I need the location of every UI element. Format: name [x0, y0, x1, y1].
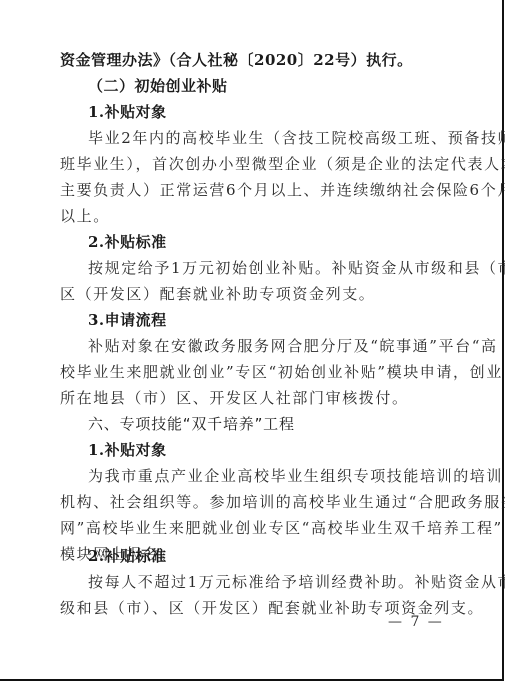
paragraph-line: 补贴对象在安徽政务服务网合肥分厅及“皖事通”平台“高 [88, 336, 442, 356]
subheading-subsidy-standard: 2.补贴标准 [88, 232, 442, 252]
paragraph-line: 区（开发区）配套就业补助专项资金列支。 [60, 284, 442, 304]
paragraph-line: 网”高校毕业生来肥就业创业专区“高校毕业生双千培养工程” [60, 518, 442, 538]
paragraph-line: 所在地县（市）区、开发区人社部门审核拨付。 [60, 388, 442, 408]
paragraph-line: 主要负责人）正常运营6个月以上、并连续缴纳社会保险6个月 [60, 180, 442, 200]
subheading-subsidy-standard: 2.补贴标准 [88, 546, 442, 566]
paragraph-line: 级和县（市）、区（开发区）配套就业补助专项资金列支。 [60, 598, 442, 618]
paragraph-line: 以上。 [60, 206, 442, 226]
document-page: 资金管理办法》（合人社秘〔2020〕22号）执行。 （二）初始创业补贴 1.补贴… [0, 0, 504, 681]
subheading-application-process: 3.申请流程 [88, 310, 442, 330]
subheading-subsidy-target: 1.补贴对象 [88, 102, 442, 122]
text-line-continuation: 资金管理办法》（合人社秘〔2020〕22号）执行。 [60, 50, 442, 70]
paragraph-line: 为我市重点产业企业高校毕业生组织专项技能培训的培训 [88, 466, 442, 486]
section-heading-initial-startup-subsidy: （二）初始创业补贴 [88, 76, 442, 96]
subheading-subsidy-target: 1.补贴对象 [88, 440, 442, 460]
paragraph-line: 校毕业生来肥就业创业”专区“初始创业补贴”模块申请，创业 [60, 362, 442, 382]
paragraph-line: 机构、社会组织等。参加培训的高校毕业生通过“合肥政务服务 [60, 492, 442, 512]
section-heading-dual-thousand-training: 六、专项技能“双千培养”工程 [88, 414, 442, 434]
paragraph-line: 毕业2年内的高校毕业生（含技工院校高级工班、预备技师 [88, 128, 442, 148]
page-number: — 7 — [388, 614, 444, 630]
paragraph-line: 班毕业生），首次创办小型微型企业（须是企业的法定代表人或 [60, 154, 442, 174]
paragraph-line: 按规定给予1万元初始创业补贴。补贴资金从市级和县（市）、 [88, 258, 442, 278]
paragraph-line: 按每人不超过1万元标准给予培训经费补助。补贴资金从市 [88, 572, 442, 592]
